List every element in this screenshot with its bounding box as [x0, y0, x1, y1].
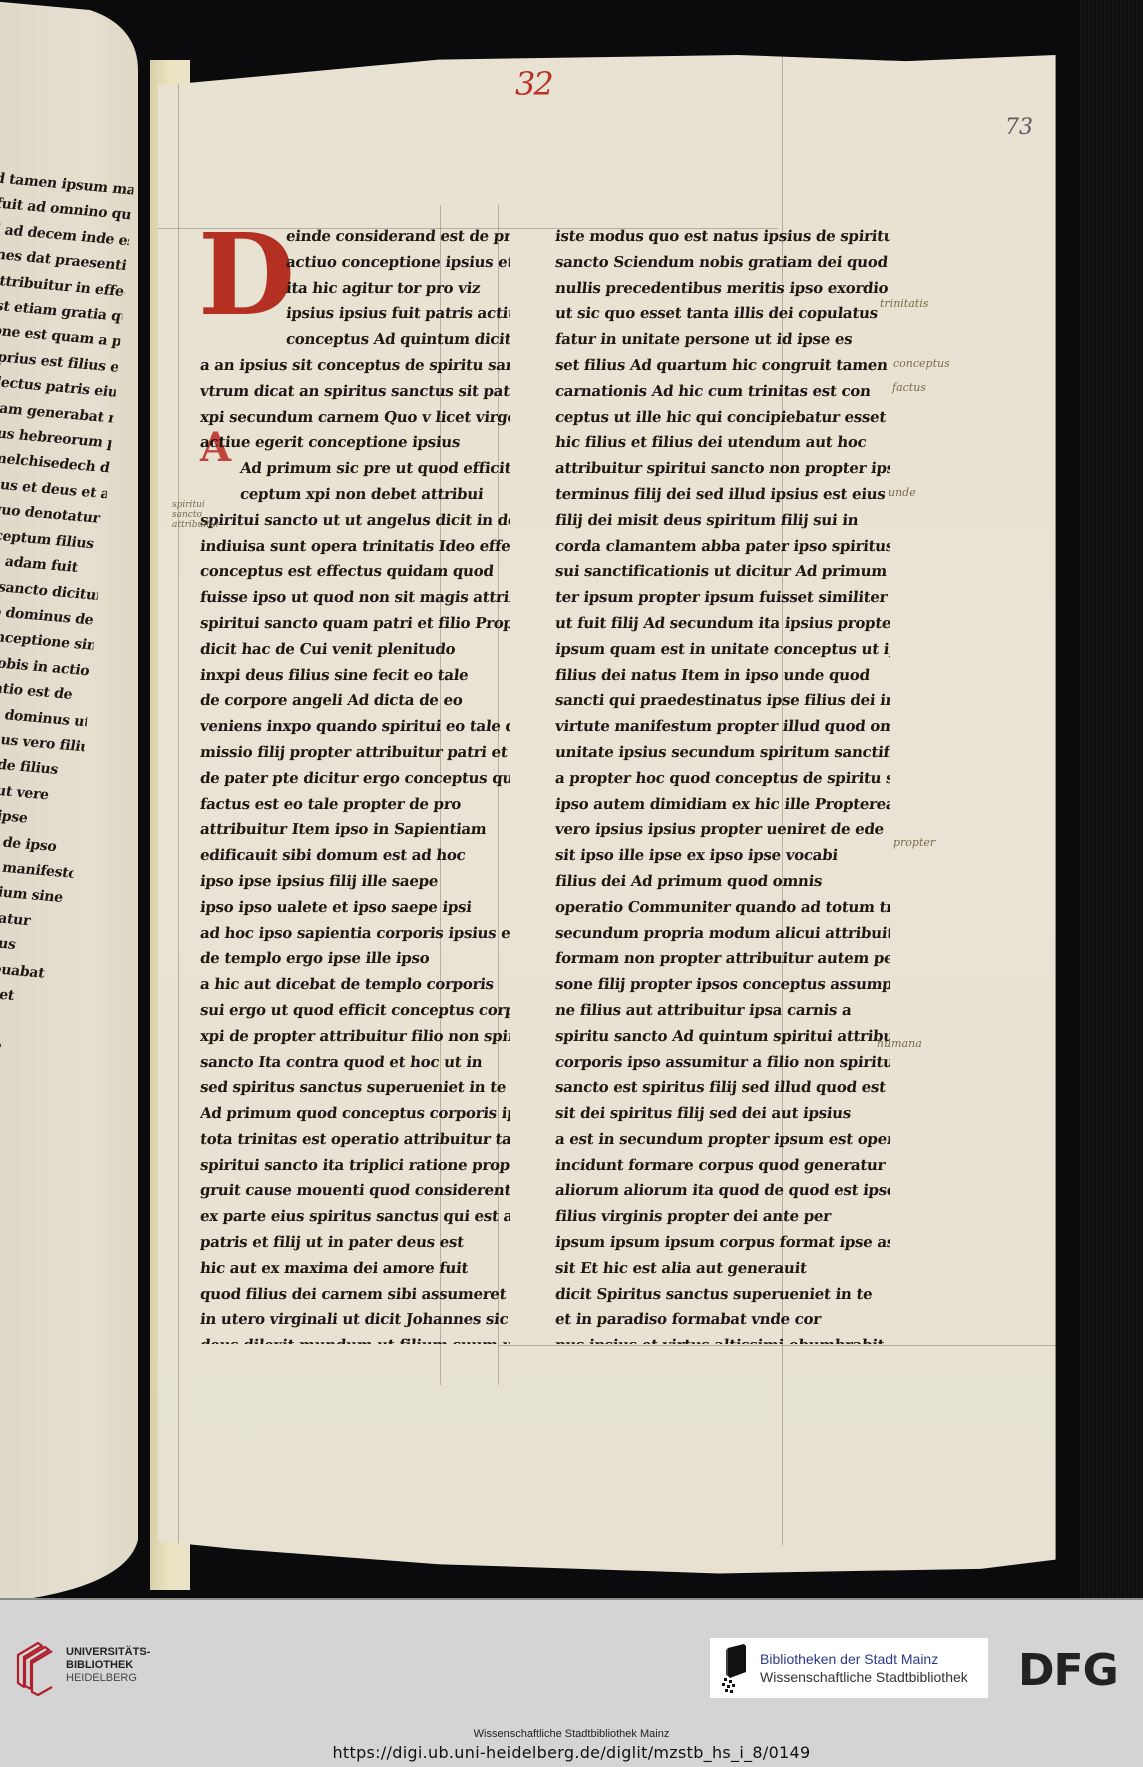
manuscript-line: set filius Ad quartum hic congruit tamen… — [555, 353, 890, 379]
mainz-library-logo[interactable]: Bibliotheken der Stadt Mainz Wissenschaf… — [710, 1638, 988, 1698]
manuscript-line: sancti qui praedestinatus ipse filius de… — [555, 688, 890, 714]
manuscript-line: quod filius dei carnem sibi assumeret — [200, 1282, 510, 1308]
margin-note: spiritui sancto attribuitur — [172, 500, 232, 530]
margin-note: unde — [888, 486, 916, 499]
manuscript-line: sit dei spiritus filij sed dei aut ipsiu… — [555, 1101, 890, 1127]
manuscript-line: ipsum quam est in unitate conceptus ut i… — [555, 637, 890, 663]
manuscript-line: xpi secundum carnem Quo v licet virgo ag… — [200, 405, 510, 431]
manuscript-line: filij dei misit deus spiritum filij sui … — [555, 508, 890, 534]
manuscript-line: a hic aut dicebat de templo corporis — [200, 972, 510, 998]
manuscript-line: dicit hac de Cui venit plenitudo — [200, 637, 510, 663]
manuscript-line: ipso ipse ipsius filij ille saepe — [200, 869, 510, 895]
manuscript-line: ter ipsum propter ipsum fuisset similite… — [555, 585, 890, 611]
manuscript-line: de templo ergo ipse ille ipso — [200, 946, 510, 972]
manuscript-line: sancto Sciendum nobis gratiam dei quod h… — [555, 250, 890, 276]
ub-label-line1: UNIVERSITÄTS- — [66, 1646, 150, 1659]
manuscript-line: secundum propria modum alicui attribuitu… — [555, 921, 890, 947]
manuscript-line: conceptus Ad quintum dicit de — [200, 327, 510, 353]
manuscript-line: carnationis Ad hic cum trinitas est con — [555, 379, 890, 405]
manuscript-line: a est in secundum propter ipsum est oper… — [555, 1127, 890, 1153]
manuscript-line: ceptum xpi non debet attribui — [200, 482, 510, 508]
manuscript-line: filius virginis propter dei ante per — [555, 1204, 890, 1230]
manuscript-line: attribuitur spiritui sancto non propter … — [555, 456, 890, 482]
verso-text-column: sed tamen ipsum magistri est quidemet fu… — [0, 165, 134, 1384]
manuscript-line: ipsum ipsum ipsum corpus format ipse ass… — [555, 1230, 890, 1256]
margin-note: humana — [877, 1037, 922, 1050]
folio-number-red: 32 — [515, 65, 552, 103]
manuscript-line: sancto est spiritus filij sed illud quod… — [555, 1075, 890, 1101]
manuscript-line: ipsius ipsius fuit patris actiui — [200, 301, 510, 327]
dfg-logo[interactable]: DFG — [1018, 1645, 1118, 1696]
manuscript-line: filius dei natus Item in ipso unde quod — [555, 663, 890, 689]
manuscript-line: pus ipsius et virtus altissimi obumbrabi… — [555, 1333, 890, 1344]
manuscript-line: de corpore angeli Ad dicta de eo — [200, 688, 510, 714]
ub-heidelberg-label[interactable]: UNIVERSITÄTS- BIBLIOTHEK HEIDELBERG — [66, 1646, 150, 1685]
manuscript-line: ut fuit filij Ad secundum ita ipsius pro… — [555, 611, 890, 637]
manuscript-line: veniens inxpo quando spiritui eo tale de — [200, 714, 510, 740]
margin-note: conceptus — [893, 357, 950, 370]
verso-page: sed tamen ipsum magistri est quidemet fu… — [0, 0, 158, 1598]
manuscript-line: dicit Spiritus sanctus superueniet in te — [555, 1282, 890, 1308]
manuscript-line: sed spiritus sanctus superueniet in te e… — [200, 1075, 510, 1101]
ub-label-line3: HEIDELBERG — [66, 1672, 150, 1685]
manuscript-line: a an ipsius sit conceptus de spiritu san… — [200, 353, 510, 379]
manuscript-line: de pater pte dicitur ergo conceptus quam — [200, 766, 510, 792]
margin-note: trinitatis — [880, 297, 928, 310]
manuscript-line: hic aut ex maxima dei amore fuit — [200, 1256, 510, 1282]
ub-label-line2: BIBLIOTHEK — [66, 1659, 150, 1672]
manuscript-line: filius dei Ad primum quod omnis — [555, 869, 890, 895]
manuscript-line: nullis precedentibus meritis ipso exordi… — [555, 276, 890, 302]
manuscript-line: inxpi deus filius sine fecit eo tale — [200, 663, 510, 689]
mainz-label-line2: Wissenschaftliche Stadtbibliothek — [760, 1668, 968, 1686]
manuscript-line: ceptus ut ille hic qui concipiebatur ess… — [555, 405, 890, 431]
manuscript-line: einde considerand est de prius — [200, 224, 510, 250]
manuscript-line: spiritui sancto ut ut angelus dicit in d… — [200, 508, 510, 534]
manuscript-line: gruit cause mouenti quod considerent — [200, 1178, 510, 1204]
manuscript-line: tota trinitas est operatio attribuitur t… — [200, 1127, 510, 1153]
manuscript-line: Ad primum sic pre ut quod efficit con — [200, 456, 510, 482]
manuscript-line: sone filij propter ipsos conceptus assum… — [555, 972, 890, 998]
manuscript-line: Ad primum quod conceptus corporis ipsius — [200, 1101, 510, 1127]
manuscript-line: sit Et hic est alia aut generauit — [555, 1256, 890, 1282]
manuscript-line: fatur in unitate persone ut id ipse es — [555, 327, 890, 353]
manuscript-line: factus est eo tale propter de pro — [200, 792, 510, 818]
manuscript-line: terminus filij dei sed illud ipsius est … — [555, 482, 890, 508]
manuscript-line: et in paradiso formabat vnde cor — [555, 1307, 890, 1333]
manuscript-line: corporis ipso assumitur a filio non spir… — [555, 1050, 890, 1076]
manuscript-line: sancto Ita contra quod et hoc ut in — [200, 1050, 510, 1076]
ruling-line — [498, 1345, 1078, 1346]
book-icon — [718, 1642, 752, 1694]
margin-note: propter — [893, 836, 935, 849]
manuscript-line: spiritu sancto Ad quintum spiritui attri… — [555, 1024, 890, 1050]
manuscript-line: formam non propter attribuitur autem per — [555, 946, 890, 972]
manuscript-line: a propter hoc quod conceptus de spiritu … — [555, 766, 890, 792]
manuscript-line: vero ipsius ipsius propter ueniret de ed… — [555, 817, 890, 843]
manuscript-line: fuisse ipso ut quod non sit magis attrib… — [200, 585, 510, 611]
manuscript-line: unitate ipsius secundum spiritum sanctif… — [555, 740, 890, 766]
manuscript-line: sit ipso ille ipse ex ipso ipse vocabi — [555, 843, 890, 869]
manuscript-line: patris et filij ut in pater deus est — [200, 1230, 510, 1256]
margin-note: factus — [892, 381, 926, 394]
manuscript-line: actiuo conceptione ipsius et — [200, 250, 510, 276]
manuscript-line: ita hic agitur tor pro viz — [200, 276, 510, 302]
manuscript-line: ne filius aut attribuitur ipsa carnis a — [555, 998, 890, 1024]
credit-line: Wissenschaftliche Stadtbibliothek Mainz — [0, 1728, 1143, 1740]
manuscript-line: ipso ipso ualete et ipso saepe ipsi — [200, 895, 510, 921]
folio-number-pencil: 73 — [1005, 115, 1033, 140]
manuscript-line: attribuitur Item ipso in Sapientiam — [200, 817, 510, 843]
manuscript-line: ex parte eius spiritus sanctus qui est a… — [200, 1204, 510, 1230]
ruling-line — [178, 55, 179, 1545]
manuscript-line: aliorum aliorum ita quod de quod est ips… — [555, 1178, 890, 1204]
permalink-url[interactable]: https://digi.ub.uni-heidelberg.de/diglit… — [0, 1743, 1143, 1762]
manuscript-line: sui sanctificationis ut dicitur Ad primu… — [555, 559, 890, 585]
manuscript-line: xpi de propter attribuitur filio non spi… — [200, 1024, 510, 1050]
ub-heidelberg-logo-icon[interactable] — [12, 1637, 54, 1697]
manuscript-line: hic filius et filius dei utendum aut hoc — [555, 430, 890, 456]
manuscript-line: virtute manifestum propter illud quod om… — [555, 714, 890, 740]
text-column-a: einde considerand est de priusactiuo con… — [200, 224, 510, 1344]
manuscript-line: sui ergo ut quod efficit conceptus corpo… — [200, 998, 510, 1024]
manuscript-line: operatio Communiter quando ad totum trin… — [555, 895, 890, 921]
manuscript-line: actiue egerit conceptione ipsius — [200, 430, 510, 456]
manuscript-line: spiritui sancto quam patri et filio Prop… — [200, 611, 510, 637]
manuscript-line: corda clamantem abba pater ipso spiritus — [555, 534, 890, 560]
manuscript-line: iste modus quo est natus ipsius de spiri… — [555, 224, 890, 250]
manuscript-line: missio filij propter attribuitur patri e… — [200, 740, 510, 766]
manuscript-line: ipso autem dimidiam ex hic ille Proptere… — [555, 792, 890, 818]
manuscript-line: ut sic quo esset tanta illis dei copulat… — [555, 301, 890, 327]
mainz-label-line1: Bibliotheken der Stadt Mainz — [760, 1650, 968, 1668]
manuscript-line: spiritui sancto ita triplici ratione pro… — [200, 1153, 510, 1179]
manuscript-line: deus dilexit mundum ut filium suum uni — [200, 1333, 510, 1344]
manuscript-line: in utero virginali ut dicit Johannes sic — [200, 1307, 510, 1333]
text-column-b: iste modus quo est natus ipsius de spiri… — [555, 224, 890, 1344]
manuscript-line: conceptus est effectus quidam quod — [200, 559, 510, 585]
manuscript-line: vtrum dicat an spiritus sanctus sit pate… — [200, 379, 510, 405]
manuscript-line: incidunt formare corpus quod generatur — [555, 1153, 890, 1179]
manuscript-line: indiuisa sunt opera trinitatis Ideo effe… — [200, 534, 510, 560]
manuscript-line: edificauit sibi domum est ad hoc — [200, 843, 510, 869]
manuscript-line: ad hoc ipso sapientia corporis ipsius et — [200, 921, 510, 947]
